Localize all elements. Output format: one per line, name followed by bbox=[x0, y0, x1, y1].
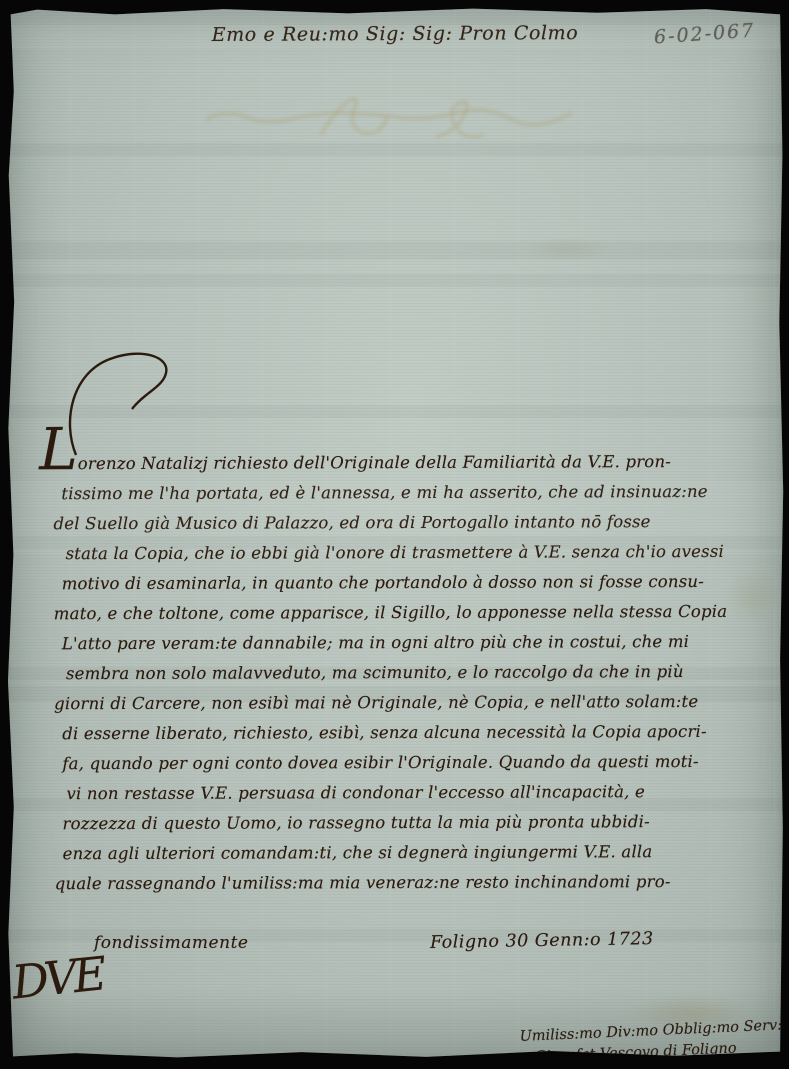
letter-line: stata la Copia, che io ebbi già l'onore … bbox=[66, 537, 768, 569]
letter-line: rozzezza di questo Uomo, io rassegno tut… bbox=[62, 807, 768, 839]
letter-body: Lorenzo Natalizj richiesto dell'Original… bbox=[39, 447, 769, 900]
letter-line: giorni di Carcere, non esibì mai nè Orig… bbox=[54, 687, 768, 719]
signature-block: Umiliss:mo Div:mo Obblig:mo Serv:re &c: … bbox=[519, 1015, 789, 1069]
letter-line: motivo di esaminarla, in quanto che port… bbox=[62, 567, 768, 599]
letter-line: fa, quando per ogni conto dovea esibir l… bbox=[62, 747, 768, 779]
letter-line: L'atto pare veram:te dannabile; ma in og… bbox=[62, 627, 768, 659]
letter-line: vi non restasse V.E. persuasa di condona… bbox=[66, 777, 768, 809]
letter-line: Lorenzo Natalizj richiesto dell'Original… bbox=[39, 447, 767, 480]
letter-line: del Suello già Musico di Palazzo, ed ora… bbox=[53, 507, 767, 539]
capital-flourish bbox=[58, 351, 208, 456]
sender-monogram: DVE bbox=[9, 946, 105, 1009]
closing-word: fondissimamente bbox=[94, 933, 248, 953]
letter-line: tissimo me l'ha portata, ed è l'annessa,… bbox=[61, 477, 767, 509]
letter-line: quale rassegnando l'umiliss:ma mia vener… bbox=[55, 867, 769, 899]
letter-line: mato, e che toltone, come apparisce, il … bbox=[54, 597, 768, 629]
letter-line: di esserne liberato, richiesto, esibì, s… bbox=[62, 717, 768, 749]
manuscript-page: Emo e Reu:mo Sig: Sig: Pron Colmo 6-02-0… bbox=[6, 7, 784, 1060]
letter-line: sembra non solo malavveduto, ma scimunit… bbox=[66, 657, 768, 689]
ink-showthrough bbox=[201, 91, 601, 143]
dateline: Foligno 30 Genn:o 1723 bbox=[430, 929, 654, 953]
letter-line: enza agli ulteriori comandam:ti, che si … bbox=[63, 837, 769, 869]
